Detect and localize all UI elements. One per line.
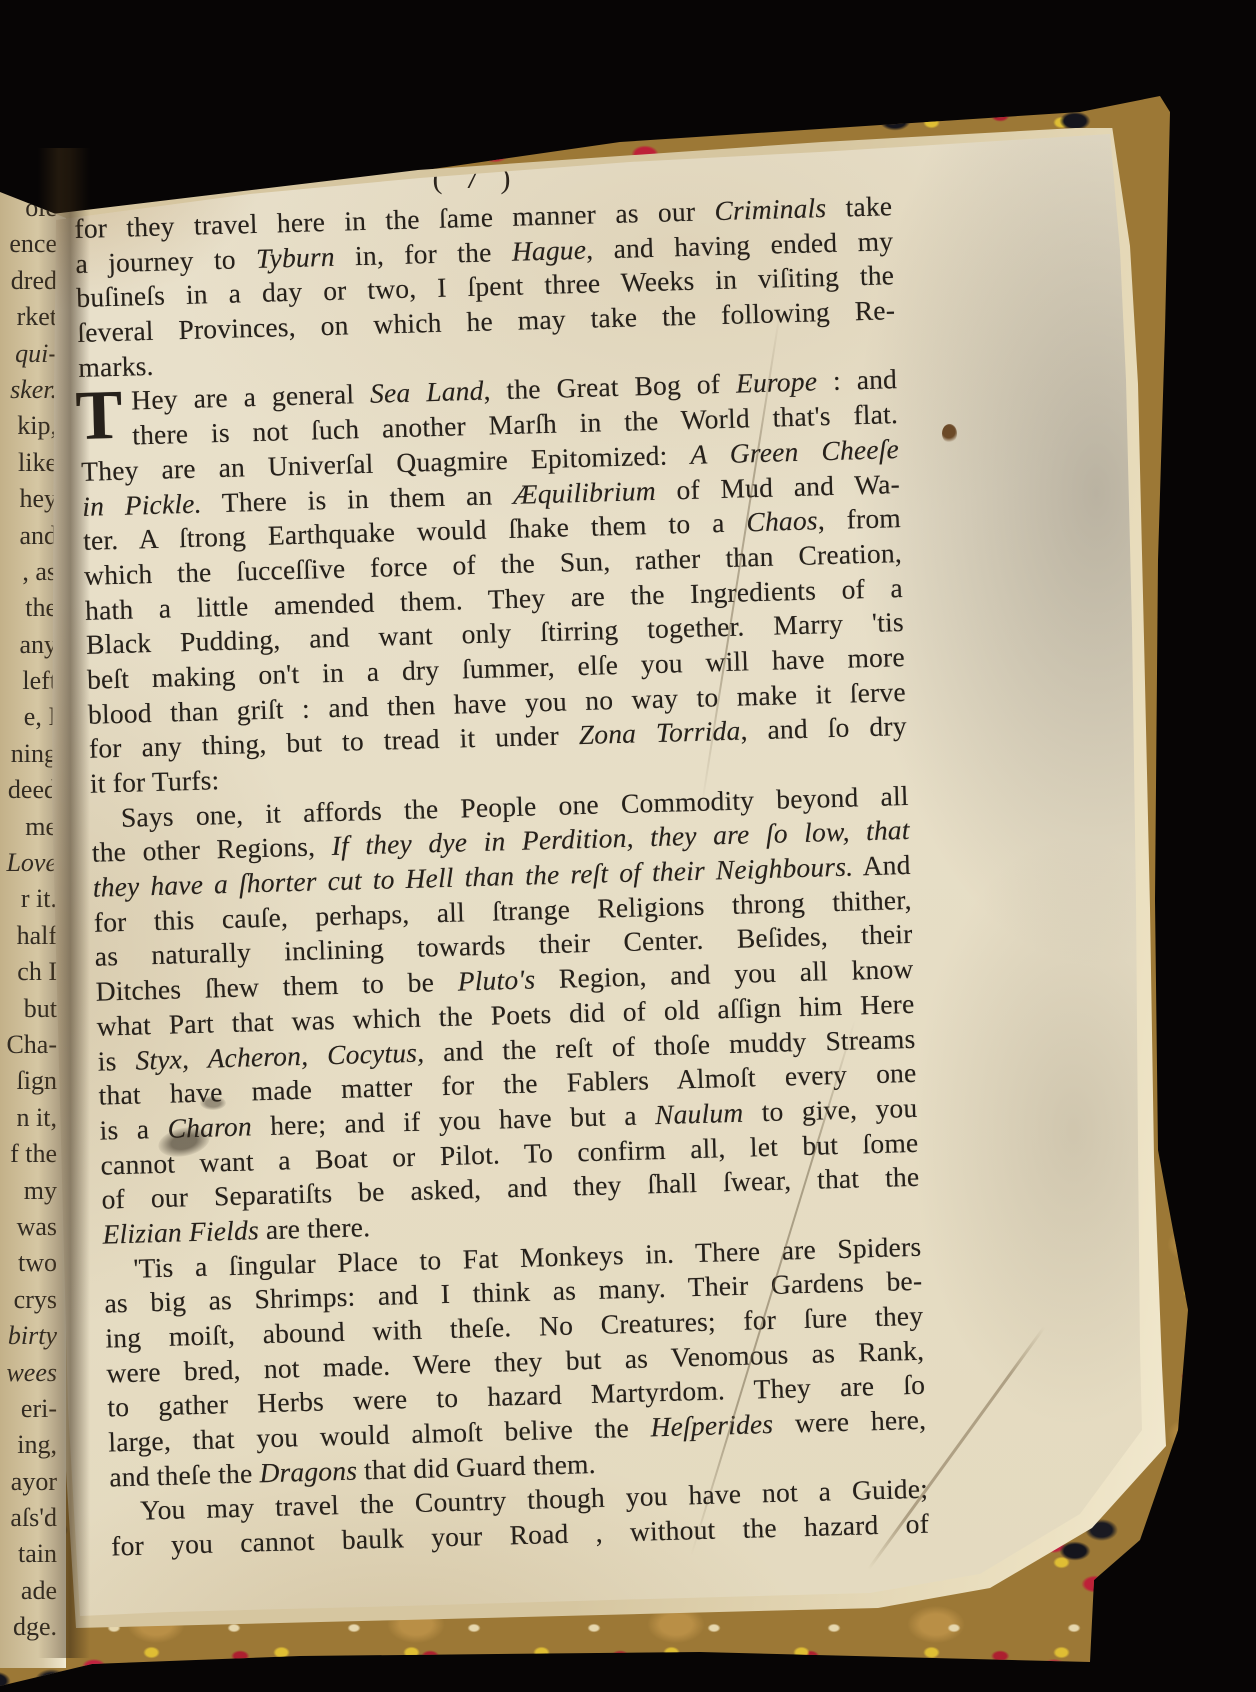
sliver-text-fragment: r it. <box>0 881 62 917</box>
sliver-text-fragment: ch I <box>0 954 62 990</box>
sliver-text-fragment: Love <box>0 845 62 881</box>
sliver-text-fragment: tain <box>0 1536 62 1572</box>
sliver-text-column: oſeencedredrketqui-sker.kip,likeheyand, … <box>0 190 62 1646</box>
sliver-text-fragment: aſs'd <box>0 1500 62 1536</box>
sliver-text-fragment: dred <box>0 263 62 299</box>
sliver-text-fragment: two <box>0 1245 62 1281</box>
photo-of-book: { "document": { "page_number": "( 7 )", … <box>0 0 1256 1692</box>
sliver-text-fragment: crys <box>0 1282 62 1318</box>
sliver-text-fragment: my <box>0 1173 62 1209</box>
sliver-text-fragment: like <box>0 445 62 481</box>
sliver-text-fragment: kip, <box>0 408 62 444</box>
sliver-text-fragment: but <box>0 991 62 1027</box>
book-page: ( 7 ) for they travel here in the ſame m… <box>50 128 1200 1648</box>
sliver-text-fragment: the <box>0 590 62 626</box>
sliver-text-fragment: wees <box>0 1355 62 1391</box>
sliver-text-fragment: oſe <box>0 190 62 226</box>
sliver-text-fragment: , as <box>0 554 62 590</box>
sliver-text-fragment: n it, <box>0 1100 62 1136</box>
sliver-text-fragment: ing, <box>0 1427 62 1463</box>
sliver-text-fragment: birty <box>0 1318 62 1354</box>
sliver-text-fragment: dge. <box>0 1609 62 1645</box>
sliver-text-fragment: hey <box>0 481 62 517</box>
sliver-text-fragment: half <box>0 918 62 954</box>
sliver-text-fragment: ſign <box>0 1063 62 1099</box>
sliver-text-fragment: f the <box>0 1136 62 1172</box>
page-text: for they travel here in the ſame manner … <box>74 189 929 1564</box>
sliver-text-fragment: rket <box>0 299 62 335</box>
sliver-text-fragment: ayor <box>0 1464 62 1500</box>
sliver-text-fragment: ence <box>0 226 62 262</box>
sliver-text-fragment: any <box>0 627 62 663</box>
foxing-spot <box>942 424 957 443</box>
sliver-text-fragment: and <box>0 518 62 554</box>
sliver-text-fragment: qui- <box>0 336 62 372</box>
sliver-text-fragment: sker. <box>0 372 62 408</box>
sliver-text-fragment: was <box>0 1209 62 1245</box>
sliver-text-fragment: Cha- <box>0 1027 62 1063</box>
sliver-text-fragment: eri- <box>0 1391 62 1427</box>
sliver-text-fragment: ade <box>0 1573 62 1609</box>
